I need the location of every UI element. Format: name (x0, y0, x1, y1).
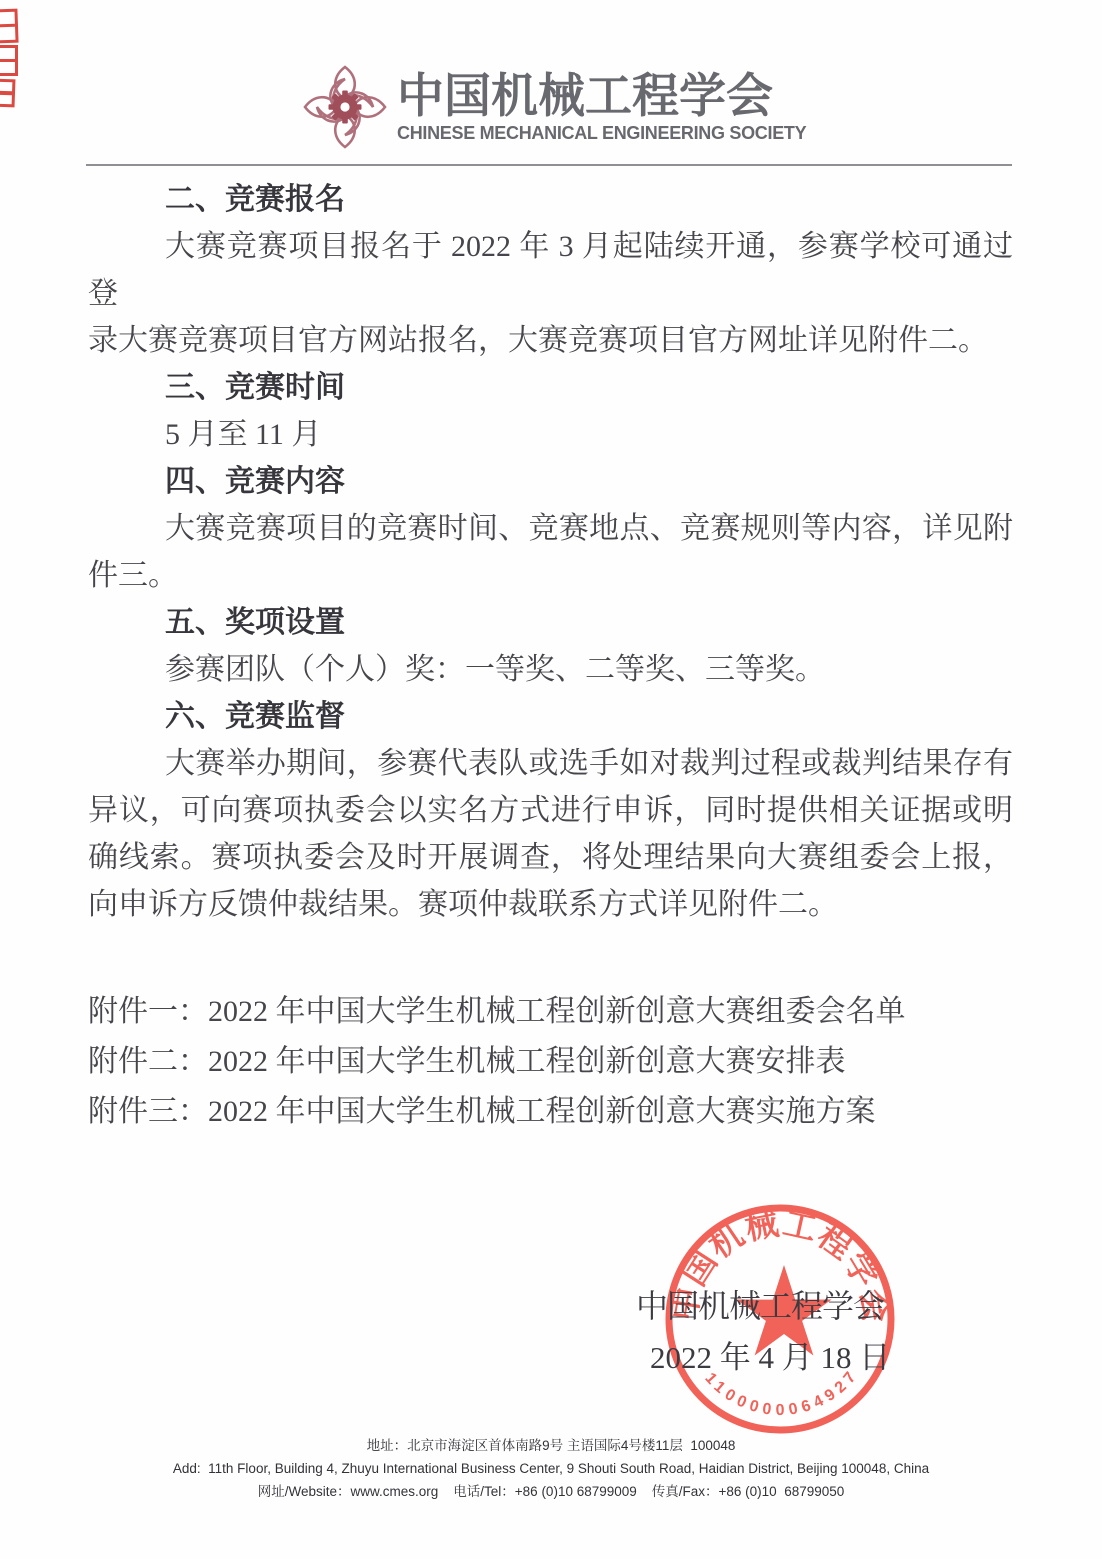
body-line: 参赛团队（个人）奖：一等奖、二等奖、三等奖。 (88, 646, 1013, 693)
footer-contact-block: 地址：北京市海淀区首体南路9号 主语国际4号楼11层 100048 Add: 1… (0, 1434, 1102, 1503)
cmes-gear-flower-logo-icon (303, 65, 387, 149)
attachment-list: 附件一：2022 年中国大学生机械工程创新创意大赛组委会名单 附件二：2022 … (88, 987, 1013, 1137)
body-line: 大赛举办期间，参赛代表队或选手如对裁判过程或裁判结果存有 (88, 740, 1013, 787)
body-line: 五、奖项设置 (88, 599, 1013, 646)
body-line: 件三。 (88, 552, 1013, 599)
body-line: 5 月至 11 月 (88, 411, 1013, 458)
body-line: 大赛竞赛项目报名于 2022 年 3 月起陆续开通，参赛学校可通过登 (88, 223, 1013, 317)
letterhead-text: 中国机械工程学会 CHINESE MECHANICAL ENGINEERING … (397, 71, 806, 144)
red-edge-mark (0, 9, 19, 44)
footer-address-cn: 地址：北京市海淀区首体南路9号 主语国际4号楼11层 100048 (0, 1434, 1102, 1457)
footer-web-tel-fax: 网址/Website：www.cmes.org 电话/Tel：+86 (0)10… (0, 1480, 1102, 1503)
signature-org: 中国机械工程学会 (636, 1281, 884, 1327)
signature-date: 2022 年 4 月 18 日 (650, 1332, 890, 1377)
red-edge-mark (0, 45, 18, 76)
scanned-letter-page: 中国机械工程学会 CHINESE MECHANICAL ENGINEERING … (0, 0, 1102, 1559)
body-line: 向申诉方反馈仲裁结果。赛项仲裁联系方式详见附件二。 (88, 881, 1013, 928)
attachment-line: 附件一：2022 年中国大学生机械工程创新创意大赛组委会名单 (88, 987, 1013, 1037)
body-paragraphs: 二、竞赛报名 大赛竞赛项目报名于 2022 年 3 月起陆续开通，参赛学校可通过… (88, 176, 1013, 928)
attachment-line: 附件三：2022 年中国大学生机械工程创新创意大赛实施方案 (88, 1087, 1013, 1137)
body-line: 确线索。赛项执委会及时开展调查，将处理结果向大赛组委会上报， (88, 834, 1013, 881)
body-line: 录大赛竞赛项目官方网站报名，大赛竞赛项目官方网址详见附件二。 (88, 317, 1013, 364)
letterhead-divider (86, 164, 1012, 166)
document-body: 二、竞赛报名 大赛竞赛项目报名于 2022 年 3 月起陆续开通，参赛学校可通过… (88, 176, 1013, 1137)
letterhead: 中国机械工程学会 CHINESE MECHANICAL ENGINEERING … (303, 65, 806, 149)
footer-address-en: Add: 11th Floor, Building 4, Zhuyu Inter… (0, 1457, 1102, 1480)
org-name-en: CHINESE MECHANICAL ENGINEERING SOCIETY (397, 123, 806, 144)
body-line: 六、竞赛监督 (88, 693, 1013, 740)
body-line: 三、竞赛时间 (88, 364, 1013, 411)
body-line: 二、竞赛报名 (88, 176, 1013, 223)
red-edge-mark (0, 79, 15, 108)
body-line: 大赛竞赛项目的竞赛时间、竞赛地点、竞赛规则等内容，详见附 (88, 505, 1013, 552)
body-line: 四、竞赛内容 (88, 458, 1013, 505)
org-name-cn: 中国机械工程学会 (397, 71, 806, 121)
body-line: 异议，可向赛项执委会以实名方式进行申诉，同时提供相关证据或明 (88, 787, 1013, 834)
attachment-line: 附件二：2022 年中国大学生机械工程创新创意大赛安排表 (88, 1037, 1013, 1087)
